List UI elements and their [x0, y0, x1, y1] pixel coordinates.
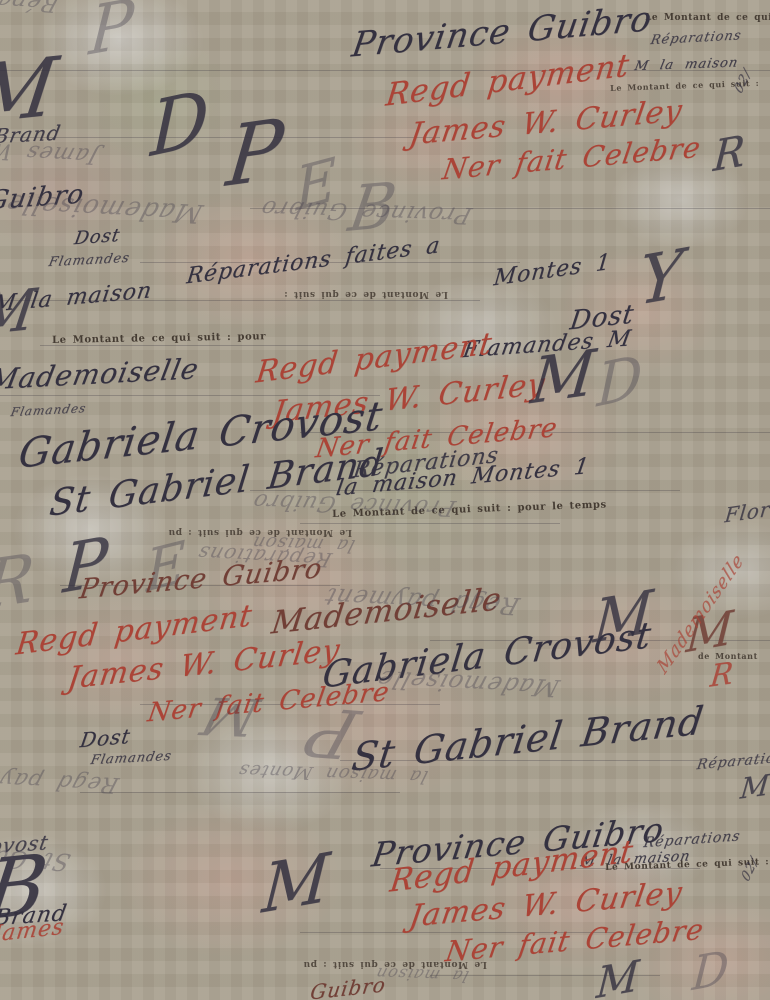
script-phrase: Mademoiselle: [0, 355, 201, 394]
script-phrase: Y: [637, 240, 686, 316]
script-phrase: Réparations faites a: [185, 235, 441, 289]
script-phrase: R: [0, 545, 38, 620]
fabric-script-pattern: la maison MontesRéparations faitesPLe Mo…: [0, 0, 770, 1000]
script-phrase: D: [596, 346, 645, 416]
script-phrase: la maison: [373, 965, 470, 984]
script-phrase: Montes 1: [493, 252, 612, 291]
script-phrase: D: [149, 79, 211, 168]
script-phrase: M: [260, 844, 332, 924]
script-phrase: Province Guibro: [250, 489, 458, 518]
script-phrase: R: [709, 659, 736, 693]
script-phrase: M: [739, 771, 770, 804]
script-phrase: Mademoiselle: [3, 190, 206, 226]
script-phrase: la maison Montes: [236, 761, 430, 785]
script-phrase: Province Guibro: [258, 196, 475, 226]
script-phrase: Flamandes: [10, 402, 88, 418]
script-phrase: Regd payment: [0, 764, 122, 795]
script-phrase: M: [0, 282, 40, 345]
script-phrase: 02/: [733, 66, 754, 96]
script-phrase: James: [0, 916, 66, 946]
script-phrase: M: [528, 341, 599, 414]
script-phrase: P: [223, 108, 287, 200]
script-phrase: Réparations: [649, 29, 742, 47]
script-phrase: Flamandes: [89, 750, 173, 767]
script-phrase: Le Montant de ce qui suit :: [284, 289, 448, 298]
script-phrase: Réparations faites: [0, 0, 62, 14]
script-phrase: P: [87, 0, 136, 66]
script-phrase: Mademoiselle: [374, 667, 562, 700]
script-phrase: D: [691, 943, 732, 997]
script-phrase: Flamandes: [47, 252, 131, 269]
script-phrase: Le Montant de ce qui suit : pour: [52, 332, 266, 346]
script-phrase: Le Montant de ce qui suit :: [645, 14, 770, 23]
script-phrase: R: [712, 129, 747, 178]
script-phrase: Dost: [79, 726, 132, 751]
script-phrase: M: [595, 954, 641, 1000]
script-phrase: Guibro: [309, 974, 387, 1000]
script-phrase: Flor: [724, 499, 770, 526]
script-layer: la maison MontesRéparations faitesPLe Mo…: [0, 0, 770, 1000]
script-phrase: M la maison: [633, 56, 739, 73]
script-phrase: Dost: [73, 227, 122, 248]
